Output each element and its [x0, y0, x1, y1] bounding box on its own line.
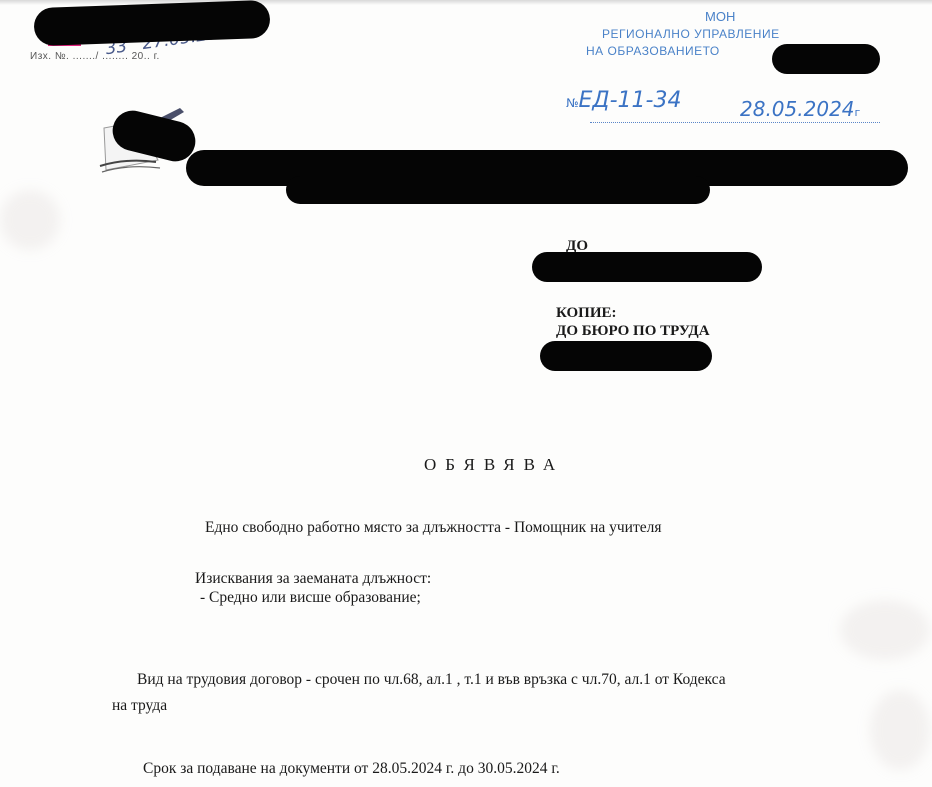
number-sign: № — [566, 96, 578, 110]
copy-label: КОПИЕ: — [556, 305, 617, 322]
requirements-heading: Изисквания за заеманата длъжност: — [195, 570, 431, 588]
position-line: Едно свободно работно място за длъжностт… — [205, 519, 662, 537]
requirement-item: - Средно или висше образование; — [200, 589, 421, 607]
contract-type-line-cont: на труда — [112, 697, 167, 715]
registration-number-value: ЕД-11-34 — [578, 88, 681, 113]
deadline-line: Срок за подаване на документи от 28.05.2… — [143, 760, 560, 778]
stamp-dotted-line — [590, 122, 880, 123]
year-suffix: г — [855, 106, 861, 119]
redaction-stamp-city — [772, 44, 880, 74]
outgoing-label: Изх. №. ......./ ........ 20.. г. — [30, 51, 160, 62]
redaction-copy-city — [540, 341, 712, 371]
redaction-recipient — [532, 252, 762, 282]
redaction-institution-address — [286, 176, 710, 204]
document-title: ОБЯВЯВА — [424, 455, 564, 475]
copy-recipient: ДО БЮРО ПО ТРУДА — [556, 323, 710, 340]
stamp-line-1: МОН — [705, 9, 735, 24]
stamp-line-3: НА ОБРАЗОВАНИЕТО — [586, 44, 720, 58]
registration-date-value: 28.05.2024 — [740, 97, 855, 121]
stamp-line-2: РЕГИОНАЛНО УПРАВЛЕНИЕ — [602, 27, 780, 41]
registration-number: №ЕД-11-34 — [566, 88, 681, 113]
scan-smudge — [0, 190, 60, 250]
contract-type-line: Вид на трудовия договор - срочен по чл.6… — [137, 671, 726, 689]
scanned-document-page: 33 27.05.2024 Изх. №. ......./ ........ … — [0, 0, 932, 787]
scan-smudge — [870, 690, 930, 770]
registration-date: 28.05.2024г — [740, 97, 860, 121]
scan-smudge — [840, 600, 930, 660]
